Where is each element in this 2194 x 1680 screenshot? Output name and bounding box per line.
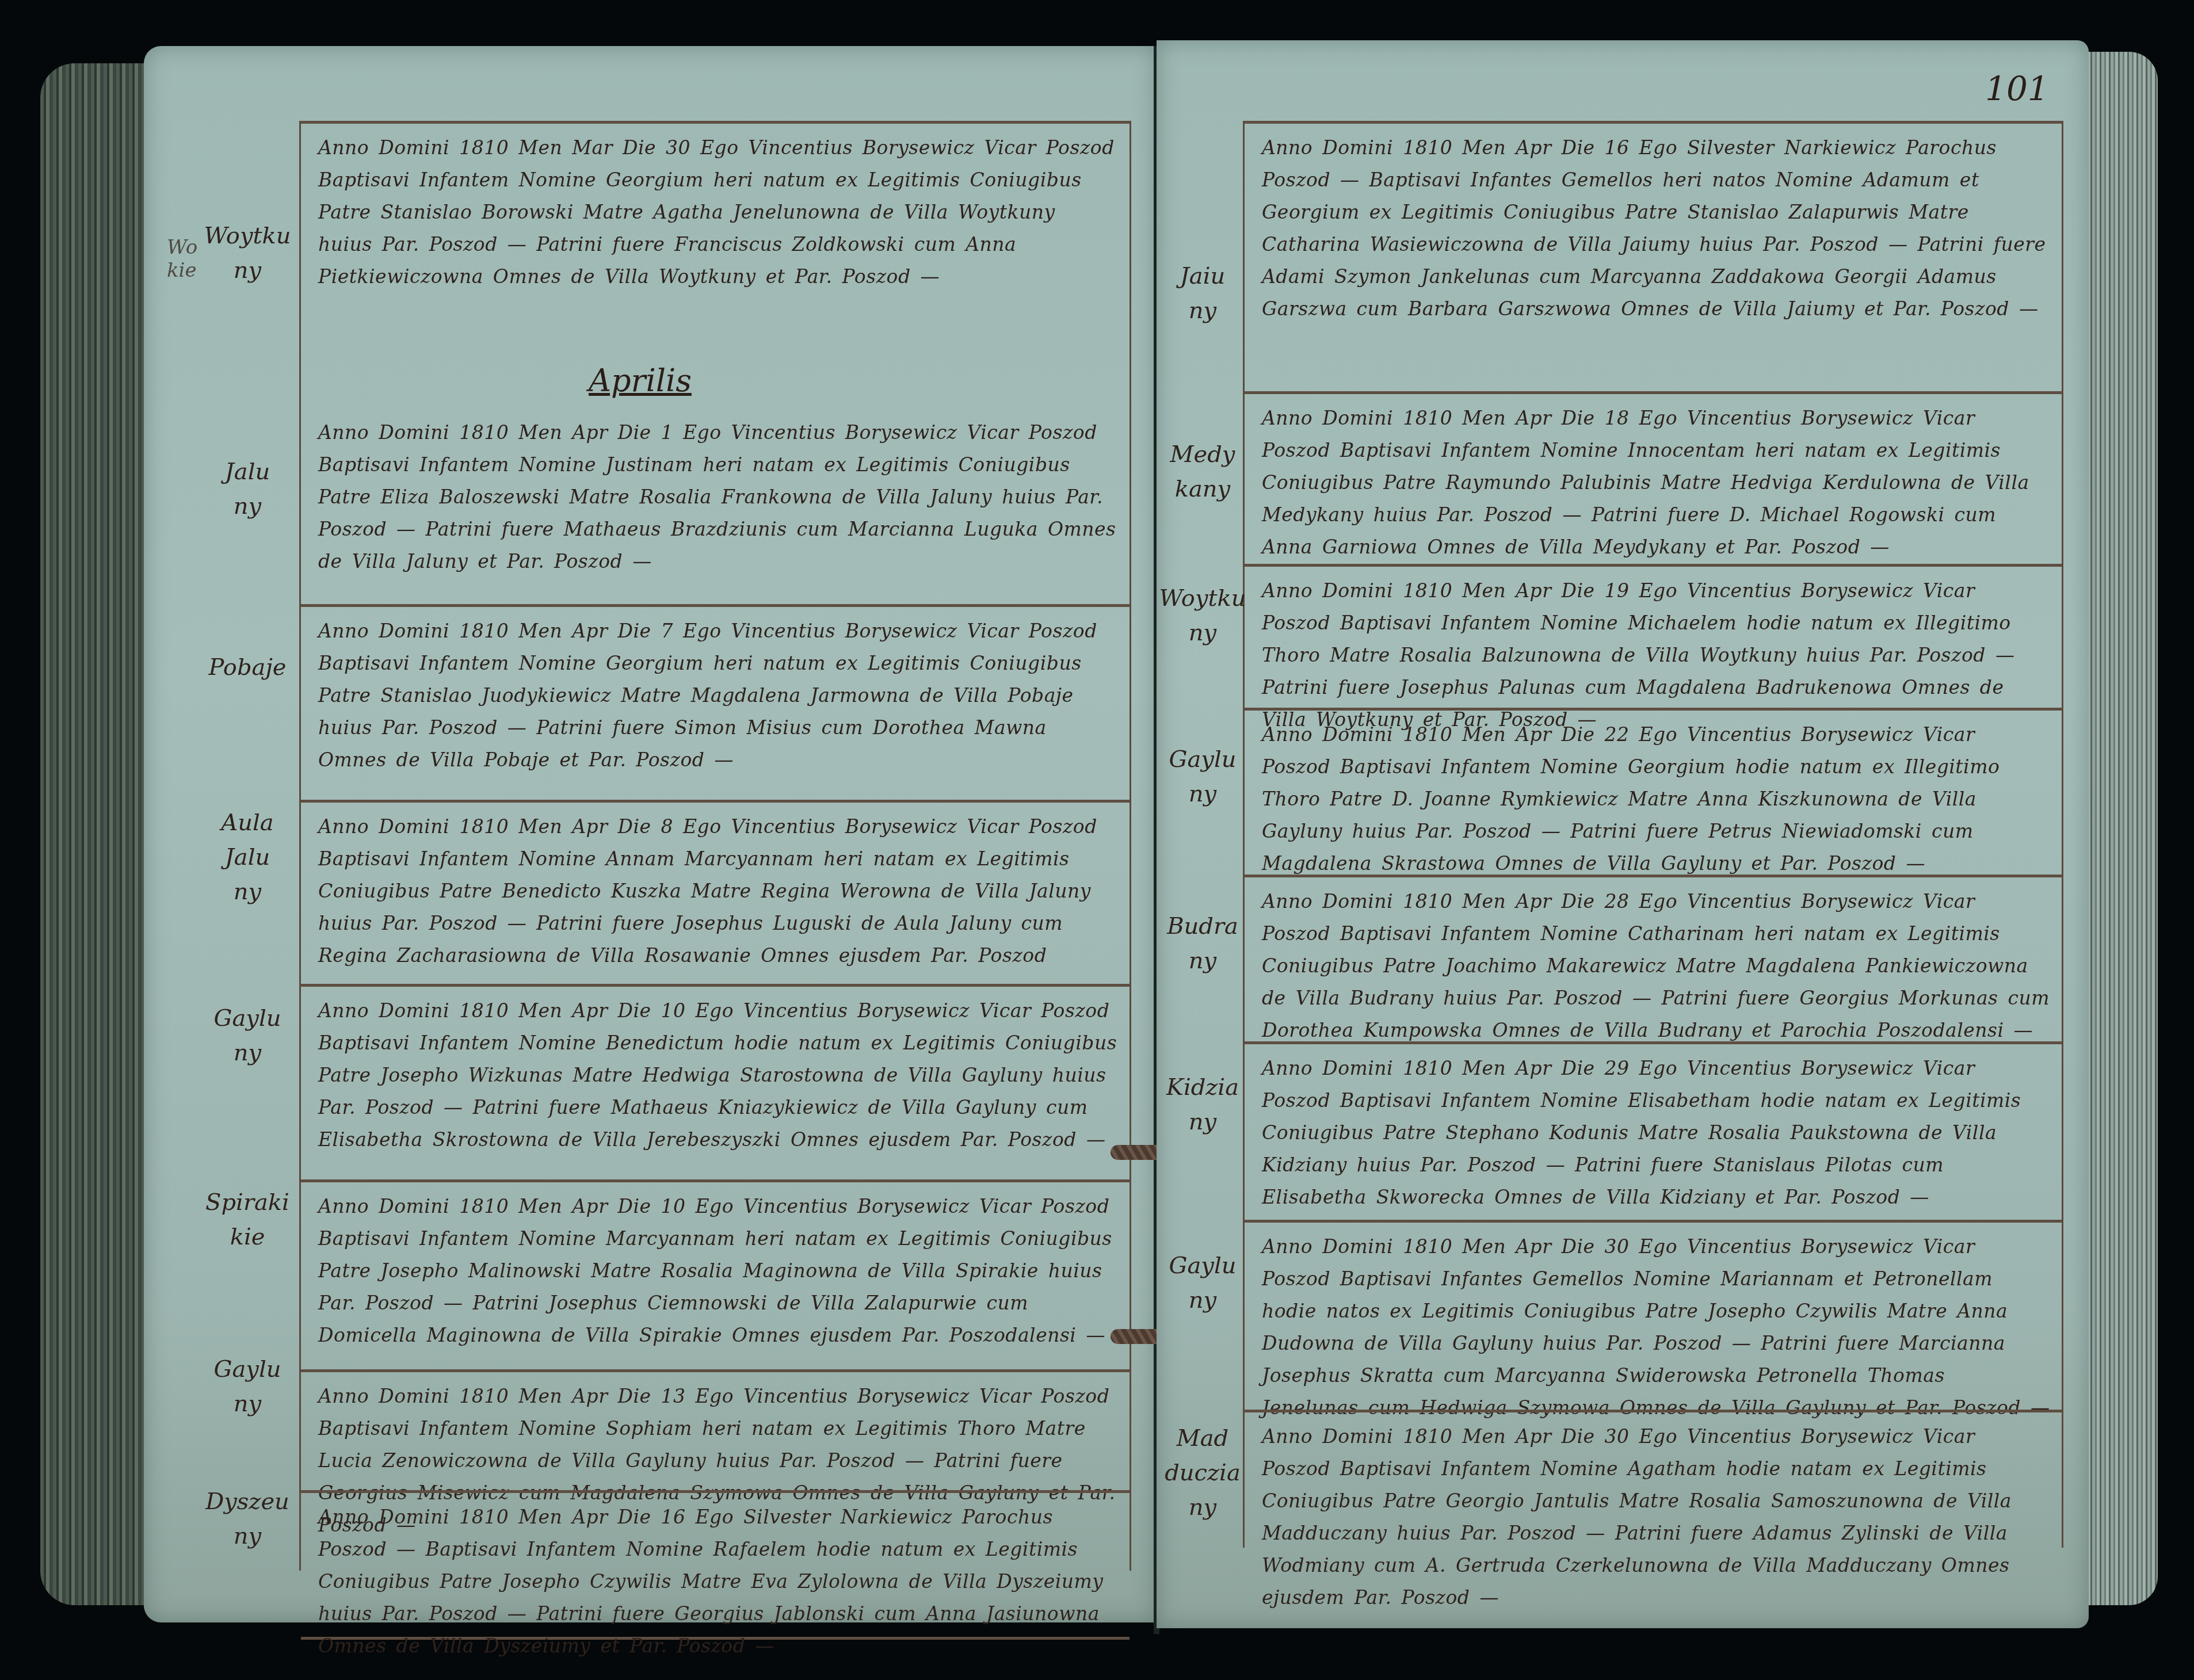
entry-text: Anno Domini 1810 Men Apr Die 29 Ego Vinc… [1262,1052,2050,1213]
margin-village-label: Dyszeuny [190,1484,305,1553]
entry-2: Anno Domini 1810 Men Apr Die 1 Ego Vince… [301,408,1130,604]
entry-8: Anno Domini 1810 Men Apr Die 30 Ego Vinc… [1245,1410,2062,1582]
entry-4: Anno Domini 1810 Men Apr Die 22 Ego Vinc… [1245,708,2062,875]
entry-text: Anno Domini 1810 Men Apr Die 30 Ego Vinc… [1262,1231,2050,1424]
entry-text: Anno Domini 1810 Men Apr Die 30 Ego Vinc… [1262,1421,2050,1614]
entry-5: Anno Domini 1810 Men Apr Die 28 Ego Vinc… [1245,875,2062,1041]
right-page: 101 Anno Domini 1810 Men Apr Die 16 Ego … [1157,40,2089,1628]
entry-text: Anno Domini 1810 Men Mar Die 30 Ego Vinc… [318,132,1118,293]
entry-6: Anno Domini 1810 Men Apr Die 10 Ego Vinc… [301,1179,1130,1369]
entry-2: Anno Domini 1810 Men Apr Die 18 Ego Vinc… [1245,391,2062,564]
margin-village-label: Woytkuny [190,219,305,288]
margin-village-label: Budrany [1145,909,1260,978]
entry-7: Anno Domini 1810 Men Apr Die 13 Ego Vinc… [301,1369,1130,1490]
margin-village-label: Gayluny [1145,742,1260,811]
entry-text: Anno Domini 1810 Men Apr Die 18 Ego Vinc… [1262,402,2050,563]
entry-4: Anno Domini 1810 Men Apr Die 8 Ego Vince… [301,800,1130,984]
entry-text: Anno Domini 1810 Men Apr Die 1 Ego Vince… [318,417,1118,578]
entry-text: Anno Domini 1810 Men Apr Die 10 Ego Vinc… [318,995,1118,1156]
entry-text: Anno Domini 1810 Men Apr Die 10 Ego Vinc… [318,1190,1118,1351]
entry-text: Anno Domini 1810 Men Apr Die 16 Ego Silv… [1262,132,2050,325]
entry-1: Anno Domini 1810 Men Mar Die 30 Ego Vinc… [301,121,1130,351]
left-entry-grid: Anno Domini 1810 Men Mar Die 30 Ego Vinc… [299,121,1131,1571]
entry-text: Anno Domini 1810 Men Apr Die 22 Ego Vinc… [1262,719,2050,880]
left-page: Wokie Anno Domini 1810 Men Mar Die 30 Eg… [144,46,1157,1622]
entry-5: Anno Domini 1810 Men Apr Die 10 Ego Vinc… [301,984,1130,1179]
entry-7: Anno Domini 1810 Men Apr Die 30 Ego Vinc… [1245,1220,2062,1410]
margin-village-label: Pobaje [190,650,305,685]
open-register-book: Wokie Anno Domini 1810 Men Mar Die 30 Eg… [40,35,2158,1645]
entry-3: Anno Domini 1810 Men Apr Die 19 Ego Vinc… [1245,564,2062,708]
entry-6: Anno Domini 1810 Men Apr Die 29 Ego Vinc… [1245,1041,2062,1220]
margin-village-label: Woytkuny [1145,581,1260,650]
entry-1: Anno Domini 1810 Men Apr Die 16 Ego Silv… [1245,121,2062,391]
margin-village-label: Kidziany [1145,1070,1260,1139]
margin-village-label: Madducziany [1145,1421,1260,1525]
margin-village-label: Gayluny [1145,1248,1260,1318]
entry-8: Anno Domini 1810 Men Apr Die 16 Ego Silv… [301,1490,1130,1640]
month-heading: Aprilis [589,362,692,399]
entry-text: Anno Domini 1810 Men Apr Die 16 Ego Silv… [318,1501,1118,1662]
entry-3: Anno Domini 1810 Men Apr Die 7 Ego Vince… [301,604,1130,800]
margin-village-label: Gayluny [190,1001,305,1070]
margin-village-label: Spirakikie [190,1185,305,1254]
margin-village-label: Jaiuny [1145,259,1260,328]
page-number: 101 [1985,69,2049,108]
margin-village-label: Medykany [1145,437,1260,506]
entry-text: Anno Domini 1810 Men Apr Die 7 Ego Vince… [318,615,1118,776]
margin-village-label: AulaJaluny [190,805,305,909]
right-page-edges [2083,52,2158,1605]
right-entry-grid: Anno Domini 1810 Men Apr Die 16 Ego Silv… [1243,121,2063,1548]
margin-village-label: Jaluny [190,455,305,524]
entry-text: Anno Domini 1810 Men Apr Die 28 Ego Vinc… [1262,885,2050,1047]
entry-text: Anno Domini 1810 Men Apr Die 8 Ego Vince… [318,811,1118,972]
margin-village-label: Gayluny [190,1352,305,1421]
